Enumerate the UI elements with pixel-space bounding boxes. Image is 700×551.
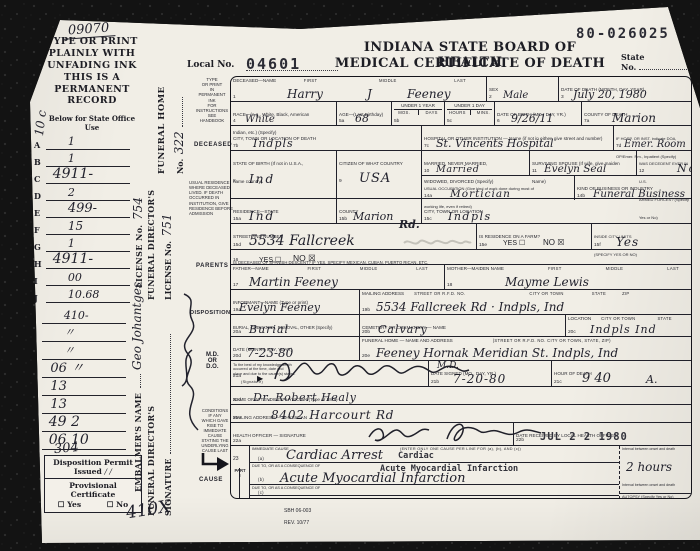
field-attending-physician: NAME OF ATTENDING PHYSICIAN (Type or Pri… [231,387,691,404]
cause-a-typed: Cardiac [398,451,434,461]
field-informant-address: MAILING ADDRESS STREET OR R.F.D. NO. CIT… [359,290,691,314]
side-note-conditions: CONDITIONS IF ANY WHICH GAVE RISE TO IMM… [197,408,233,453]
permit-box-issued: Issued / / [45,467,141,476]
form-number: SBH 06-003 REV. 10/77 [284,502,311,532]
field-county-of-death: COUNTY OF DEATH 7a Marion [581,102,692,125]
field-age: AGE—(Last Birthday) 5a 68 [336,102,391,125]
field-health-officer-signature: HEALTH OFFICER — SIGNATURE 22a [231,423,513,445]
erased-scribble [401,236,473,248]
permit-yes-checkbox: ☐ Yes [58,500,81,509]
field-inside-city-limits: INSIDE CITY LIMITS (SPECIFY YES OR NO) 1… [591,224,691,249]
field-autopsy: AUTOPSY (Specify Yes or No) 24 [620,494,691,499]
field-under-1-day: UNDER 1 DAY HOURS MINS. 5c [444,102,494,125]
state-no-label: State No. [621,52,691,72]
lettered-line: C4911- [34,167,130,184]
side-label-cause: CAUSE [199,477,223,483]
death-certificate-scan: 09070 10 c TYPE OR PRINT PLAINLY WITH UN… [0,0,700,551]
field-city-of-death: CITY, TOWN OR LOCATION OF DEATH 7b Indpl… [231,126,421,150]
permit-box-certificate: Certificate [45,490,141,499]
field-residence-state: RESIDENCE—STATE 15a Ind [231,199,336,223]
cause-interval-column: Interval between onset and death 2 hours… [619,446,691,499]
field-surviving-spouse: SURVIVING SPOUSE (If wife, give maiden N… [529,151,636,175]
field-hospital-status: IF HOSP. OR INST. indicate DOA, OP/Emer.… [613,126,692,150]
side-label-parents: PARENTS [196,263,228,269]
lettered-line: J10.68 [34,286,130,303]
numbered-line: 613 [30,396,126,414]
funeral-home-strip-label: FUNERAL HOME [157,86,167,174]
field-certifier-signature: To the best of my knowledge death occurr… [231,361,428,386]
field-spanish-descent: IS DECEASED OF SPANISH DESCENT? IF YES, … [231,250,691,264]
field-kind-of-business: KIND OF BUSINESS OR INDUSTRY 14b Funeral… [574,176,691,200]
side-note-residence: USUAL RESIDENCE WHERE DECEASED LIVED. IF… [189,180,233,216]
field-informant-name: INFORMANT—NAME (Type or print) 19a Evely… [231,290,359,314]
numbered-line: 1410- [30,306,126,324]
field-cemetery-location: LOCATION CITY OR TOWN STATE 20c Indpls I… [565,315,691,336]
field-date-of-birth: DATE OF BIRTH (MO., DAY, YR.) 6 9/26/11 [494,102,581,125]
lettered-line: A1 [34,133,130,150]
field-sex: SEX 2 Male [486,77,558,101]
file-no-stamp: 80-026025 [576,26,670,42]
scan-mark-right: / | [548,3,558,14]
certifier-signature [269,355,519,387]
lettered-line: D2 [34,184,130,201]
field-under-1-year: UNDER 1 YEAR MOS. DAYS 5b [391,102,444,125]
signature-arrow-icon: ▶ [257,374,263,383]
license-no-strip: LICENSE No. 754 [129,197,147,288]
numbered-line: 2〃 [30,324,126,342]
spanish-no-checkbox: NO ☒ [293,253,316,264]
funeral-directors-strip-label: FUNERAL DIRECTOR'S [146,190,156,300]
farm-yes-checkbox: YES ☐ [503,239,525,247]
field-state-of-birth: STATE OF BIRTH (If not in U.S.A., name c… [231,151,336,198]
side-label-deceased: DECEASED [194,142,232,148]
lettered-line: I00 [34,269,130,286]
field-disposition-type: BURIAL, CREMATION, REMOVAL, OTHER (Speci… [231,315,359,336]
field-hour-of-death: HOUR OF DEATH 21c 9 40 A. [551,361,691,386]
funeral-home-no-strip: No. 322 [170,97,188,174]
certifier-md-suffix: M.D. [437,361,459,371]
field-deceased-name: DECEASED—NAME FIRST MIDDLE LAST 1 Harry … [231,77,486,101]
field-street-and-number: STREET AND NUMBER 15d 5534 Fallcreek Rd. [231,224,476,249]
spanish-yes-checkbox: YES ☐ [259,256,281,264]
numbered-line: 513 [30,378,126,396]
field-citizen-of-country: CITIZEN OF WHAT COUNTRY 9 USA [336,151,421,198]
cause-a-handwritten: Cardiac Arrest [286,448,383,463]
cause-of-death-block: 23 PART I IMMEDIATE CAUSE (ENTER ONLY ON… [231,445,691,499]
field-hospital: HOSPITAL OR OTHER INSTITUTION — Name (if… [421,126,613,150]
lettered-line: G1 [34,235,130,252]
cause-part1-label: 23 PART I [231,446,249,499]
handbook-instructions: TYPE OR PRINT IN PERMANENT INK FOR INSTR… [192,77,232,123]
field-father-name: FATHER—NAME FIRST MIDDLE LAST 17 Martin … [231,265,444,289]
lettered-line: F15 [34,218,130,235]
field-mother-maiden-name: MOTHER—MAIDEN NAME FIRST MIDDLE LAST 18 … [444,265,691,289]
lettered-line: H4911- [34,252,130,269]
lettered-line: E499- [34,201,130,218]
field-date-of-death: DATE OF DEATH (MONTH, DAY, YEAR) 3 July … [558,77,692,101]
state-office-lettered-lines: A1 B1 C4911- D2 E499- F15 G1 H4911- I00 … [34,133,130,303]
permit-box-provisional: Provisional [45,481,141,490]
permanent-record-notice: TYPE OR PRINT PLAINLY WITH UNFADING INK … [46,36,138,107]
interval-b-value: 2 hours [626,460,672,474]
farm-no-checkbox: NO ☒ [543,238,564,247]
side-label-md-do: M.D. OR D.O. [206,352,219,370]
embalmer-name-strip: EMBALMER'S NAME Geo Johantges [128,282,146,492]
field-usual-occupation: USUAL OCCUPATION (Give kind of work done… [422,176,574,200]
funeral-director-signature-label1: FUNERAL DIRECTOR'S [146,406,156,516]
scan-mark-left: 1 [47,5,57,19]
permit-box-title: Disposition Permit [45,458,141,467]
form-title-line2: MEDICAL CERTIFICATE OF DEATH [330,56,610,71]
street-annotation: Rd. [399,218,420,231]
cause-b-handwritten: Acute Myocardial Infarction [280,471,466,486]
health-officer-signature [361,419,581,447]
numbered-line: 406 〃 [30,360,126,378]
lettered-line: B1 [34,150,130,167]
cause-lines: IMMEDIATE CAUSE (ENTER ONLY ONE CAUSE PE… [249,446,619,499]
underlying-cause-arrow-icon [198,452,230,472]
state-office-numbered-lines: 1410- 2〃 3〃 406 〃 513 613 749 2 806 10 [30,306,126,450]
field-residence-city: CITY, TOWN OR LOCATION 15c Indpls [421,199,691,223]
field-armed-forces: WAS DECEDENT EVER IN U.S. ARMED FORCES? … [636,151,691,175]
certificate-form: DECEASED—NAME FIRST MIDDLE LAST 1 Harry … [230,76,692,499]
field-race: RACE—(e.g., White, Black, American India… [231,102,336,125]
below-state-office-label: Below for State Office Use [42,114,142,132]
field-cemetery-name: CEMETERY OR CREMATORY — NAME 20b Calvary [359,315,565,336]
field-residence-on-farm: IS RESIDENCE ON A FARM? 15e YES ☐ NO ☒ [476,224,591,249]
local-no-label: Local No. [187,60,234,70]
numbered-line: 749 2 [30,414,126,432]
funeral-directors-license-strip: LICENSE No. 751 [158,214,176,300]
field-marital-status: MARRIED, NEVER MARRIED, WIDOWED, DIVORCE… [422,151,529,175]
side-label-disposition: DISPOSITION [190,310,230,316]
